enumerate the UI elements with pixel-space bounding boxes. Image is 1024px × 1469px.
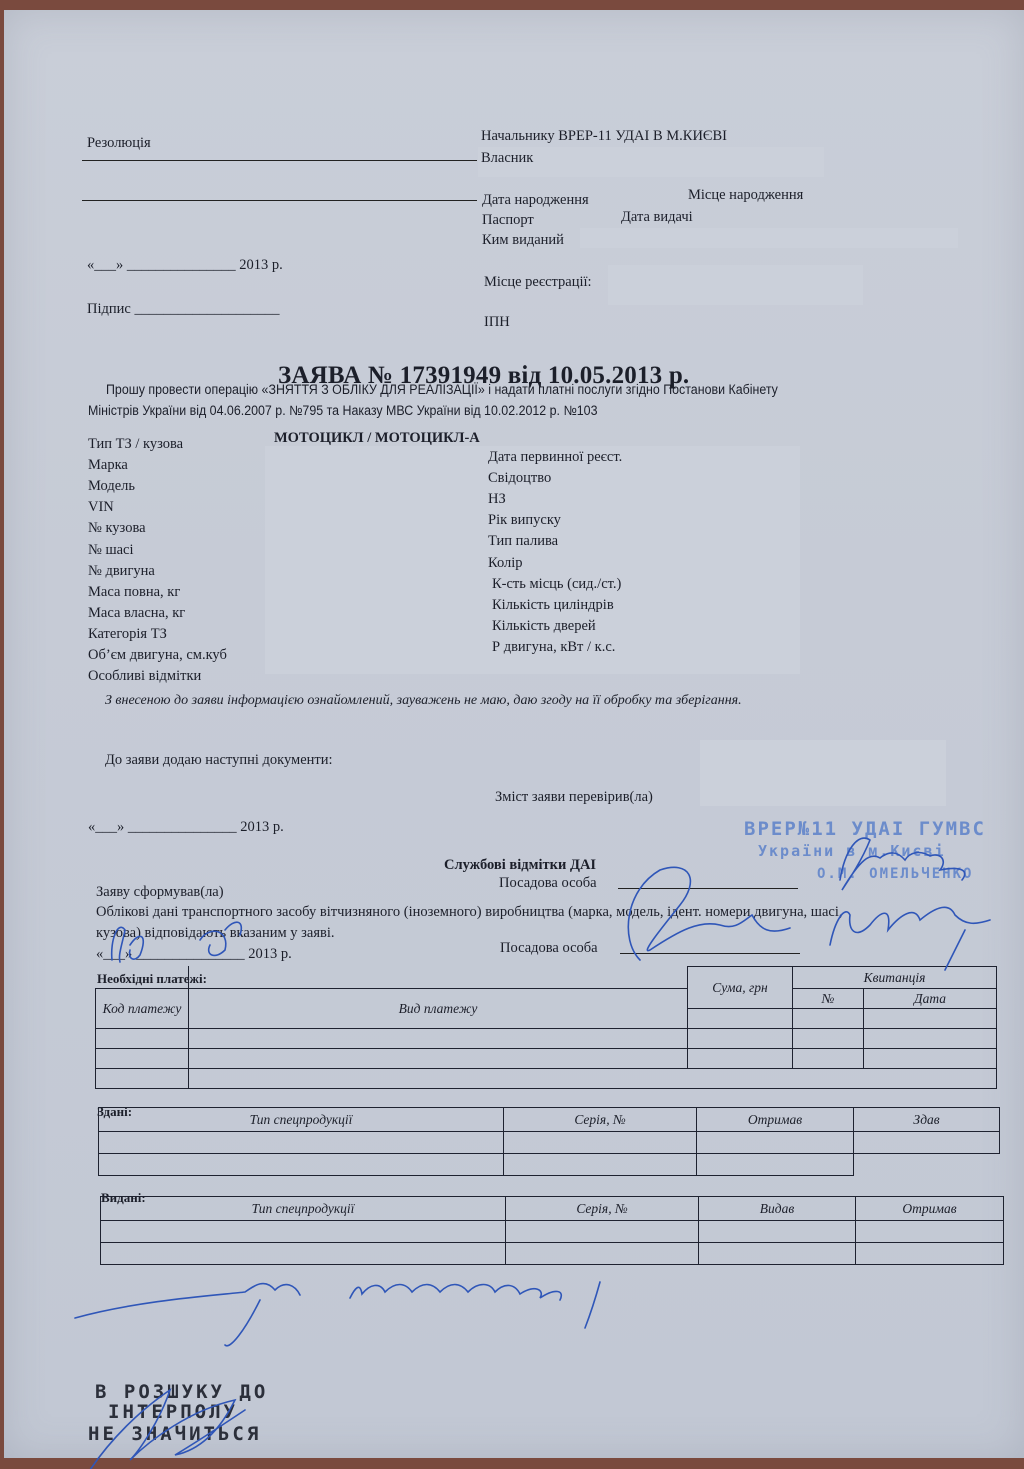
table-row[interactable]	[99, 1154, 1000, 1176]
submitted-header-type: Тип спецпродукції	[99, 1108, 504, 1132]
table-row[interactable]	[101, 1243, 1004, 1265]
office-stamp-line2: України в м.Києві	[758, 842, 946, 860]
vehicle-field-label: Колір	[488, 555, 523, 572]
payments-table: Сума, грн Квитанція Код платежу Вид плат…	[95, 966, 997, 1089]
vehicle-field-label: VIN	[88, 499, 114, 516]
interpol-stamp-line1: В РОЗШУКУ ДО	[95, 1382, 268, 1402]
vehicle-field-label: Марка	[88, 457, 128, 474]
documents-label: До заяви додаю наступні документи:	[105, 752, 333, 769]
request-line-1: Прошу провести операцію «ЗНЯТТЯ З ОБЛІКУ…	[106, 382, 778, 397]
vehicle-field-label: Маса власна, кг	[88, 605, 185, 622]
issued-by-label: Ким виданий	[482, 232, 564, 249]
official-date: «___» _______________ 2013 р.	[96, 946, 292, 963]
vehicle-field-label: К-сть місць (сид./ст.)	[492, 576, 621, 593]
issued-header-type: Тип спецпродукції	[101, 1197, 506, 1221]
vehicle-field-label: Тип ТЗ / кузова	[88, 436, 183, 453]
resolution-label: Резолюція	[87, 135, 151, 152]
birth-place-label: Місце народження	[688, 187, 803, 204]
birth-date-label: Дата народження	[482, 192, 589, 209]
passport-label: Паспорт	[482, 212, 534, 229]
vehicle-field-label: Категорія ТЗ	[88, 626, 167, 643]
issued-header-received: Отримав	[856, 1197, 1004, 1221]
header-type: Вид платежу	[189, 989, 688, 1029]
official1-label: Посадова особа	[499, 875, 597, 892]
issued-header-gave: Видав	[699, 1197, 856, 1221]
signature-field: Підпис ____________________	[87, 301, 279, 318]
request-line-2: Міністрів України від 04.06.2007 р. №795…	[88, 403, 598, 418]
vehicle-field-label: Р двигуна, кВт / к.с.	[492, 639, 615, 656]
accounting-line-2: кузова) відповідають вказаним у заяві.	[96, 925, 335, 942]
submitted-header-handed: Здав	[854, 1108, 1000, 1132]
vehicle-field-label: Свідоцтво	[488, 470, 551, 487]
interpol-stamp-line2: ІНТЕРПОЛУ	[108, 1402, 238, 1422]
header-code: Код платежу	[96, 989, 189, 1029]
official2-label: Посадова особа	[500, 940, 598, 957]
header-receipt: Квитанція	[793, 967, 997, 989]
addressee: Начальнику ВРЕР-11 УДАІ В М.КИЄВІ	[481, 128, 727, 145]
accounting-line-1: Облікові дані транспортного засобу вітчи…	[96, 904, 843, 921]
resolution-line-2	[82, 200, 477, 201]
header-receipt-date: Дата	[864, 989, 997, 1009]
vehicle-field-label: № шасі	[88, 542, 134, 559]
vehicle-field-label: Кількість циліндрів	[492, 597, 614, 614]
vehicle-field-label: НЗ	[488, 491, 506, 508]
vehicle-field-label: Об’єм двигуна, см.куб	[88, 647, 227, 664]
header-amount: Сума, грн	[688, 967, 793, 1009]
official1-line	[618, 888, 798, 889]
table-row[interactable]	[101, 1221, 1004, 1243]
issued-by-redacted	[580, 228, 958, 248]
vehicle-field-label: № двигуна	[88, 563, 155, 580]
vehicle-field-label: Кількість дверей	[492, 618, 596, 635]
issued-table: Тип спецпродукції Серія, № Видав Отримав	[100, 1196, 1004, 1265]
office-stamp-line3: О.М. ОМЕЛЬЧЕНКО	[817, 866, 973, 882]
registration-redacted	[608, 265, 863, 305]
vehicle-field-label: Модель	[88, 478, 135, 495]
issued-header-series: Серія, №	[506, 1197, 699, 1221]
submitted-header-series: Серія, №	[504, 1108, 697, 1132]
submitted-table: Тип спецпродукції Серія, № Отримав Здав	[98, 1107, 1000, 1176]
documents-redacted	[700, 740, 946, 806]
interpol-stamp-line3: НЕ ЗНАЧИТЬСЯ	[88, 1424, 261, 1444]
tax-id-label: ІПН	[484, 314, 510, 331]
submitted-header-received: Отримав	[697, 1108, 854, 1132]
owner-label: Власник	[481, 150, 533, 167]
header-receipt-no: №	[793, 989, 864, 1009]
table-row[interactable]	[99, 1132, 1000, 1154]
vehicle-field-label: № кузова	[88, 520, 146, 537]
vehicle-field-label: Тип палива	[488, 533, 558, 550]
table-row[interactable]	[96, 1029, 997, 1049]
vehicle-field-label: Маса повна, кг	[88, 584, 180, 601]
official-heading: Службові відмітки ДАІ	[444, 857, 596, 874]
table-row[interactable]	[96, 1049, 997, 1069]
registration-label: Місце реєстрації:	[484, 274, 592, 291]
issue-date-label: Дата видачі	[621, 209, 693, 226]
checked-by-label: Зміст заяви перевірив(ла)	[495, 789, 653, 806]
resolution-line-1	[82, 160, 477, 161]
vehicle-field-label: Дата первинної реєст.	[488, 449, 622, 466]
resolution-date: «___» _______________ 2013 р.	[87, 257, 283, 274]
table-row[interactable]	[96, 1069, 997, 1089]
vehicle-field-label: Рік випуску	[488, 512, 561, 529]
consent-date: «___» _______________ 2013 р.	[88, 819, 284, 836]
office-stamp-line1: ВРЕР№11 УДАІ ГУМВС	[744, 818, 986, 840]
official2-line	[620, 953, 800, 954]
vehicle-field-label: Особливі відмітки	[88, 668, 201, 685]
vehicle-type-value: МОТОЦИКЛ / МОТОЦИКЛ-А	[274, 430, 480, 447]
consent-statement: З внесеною до заяви інформацією ознайомл…	[105, 693, 742, 709]
formed-by-label: Заяву сформував(ла)	[96, 884, 224, 901]
